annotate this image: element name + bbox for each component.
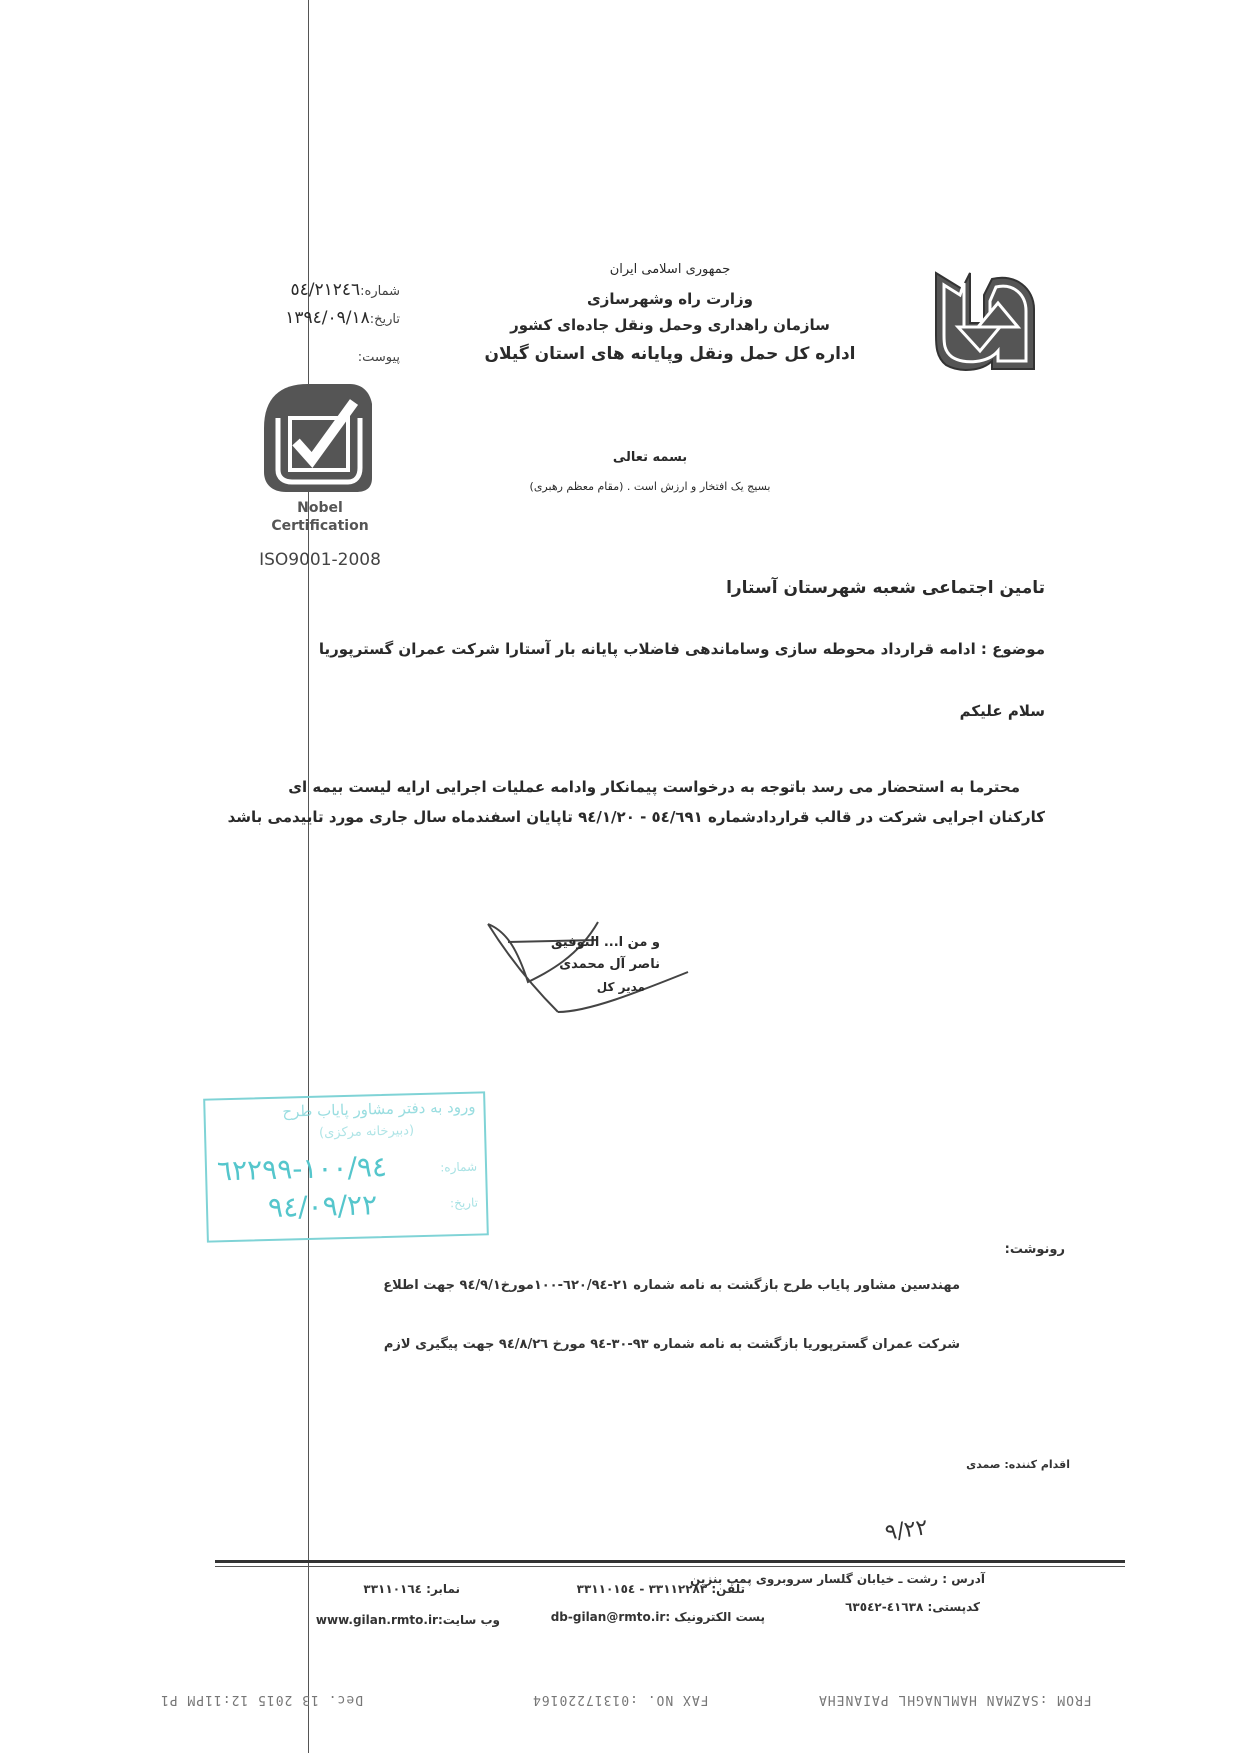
certification-logo-icon	[258, 378, 378, 496]
footer-website: وب سایت:www.gilan.rmto.ir	[316, 1613, 500, 1627]
signature-closing: و من ا... التوفیق	[540, 935, 660, 950]
certification-line-1: Nobel	[250, 500, 390, 516]
letter-number-label: شماره:	[360, 284, 400, 299]
scan-artifact-line	[308, 0, 309, 1753]
stamp-date-value: ٩٤/٠٩/٢٢	[268, 1188, 378, 1224]
signatory-name: ناصر آل محمدی	[540, 957, 660, 972]
footer-fax: نمابر: ٣٣١١٠١٦٤	[363, 1582, 460, 1596]
letter-date-label: تاریخ:	[370, 312, 400, 327]
cc-item-2: شرکت عمران گسترپوریا بازگشت به نامه شمار…	[384, 1337, 960, 1352]
footer-divider-thin	[215, 1566, 1125, 1567]
stamp-line-2: (دبیرخانه مرکزی)	[319, 1123, 414, 1140]
footer-phone: تلفن: ٣٣١١٢٢٨٣ - ٣٣١١٠١٥٤	[577, 1582, 745, 1596]
signatory-title: مدیر کل	[540, 980, 645, 994]
letter-date: تاریخ:١٣٩٤/٠٩/١٨	[240, 308, 400, 328]
header-line-1: جمهوری اسلامی ایران	[470, 262, 870, 277]
received-stamp: ورود به دفتر مشاور پایاب طرح (دبیرخانه م…	[203, 1091, 489, 1242]
letter-attachment: پیوست:	[300, 346, 400, 366]
subject: موضوع : ادامه قرارداد محوطه سازی وساماند…	[319, 640, 1045, 658]
letter-number: شماره:٥٤/٢١٢٤٦	[250, 280, 400, 300]
header-line-2: وزارت راه وشهرسازی	[470, 290, 870, 308]
stamp-date-label: تاریخ:	[450, 1196, 478, 1211]
invocation-title: بسمه تعالی	[500, 450, 800, 465]
iso-standard: ISO9001-2008	[250, 550, 390, 570]
letter-attachment-label: پیوست:	[358, 350, 400, 365]
greeting: سلام علیکم	[960, 702, 1045, 720]
recipient: تامین اجتماعی شعبه شهرستان آستارا	[726, 578, 1045, 598]
footer-postal-code: کدپستی: ٤١٦٣٨-٦٣٥٤٢	[845, 1600, 980, 1614]
stamp-line-1: ورود به دفتر مشاور پایاب طرح	[282, 1098, 476, 1121]
stamp-number-label: شماره:	[440, 1160, 477, 1175]
fax-from: FROM :SAZMAN HAMLNAGHL PAIANEHA	[818, 1692, 1092, 1707]
certification-line-2: Certification	[250, 518, 390, 534]
stamp-number-value: ١٠٠/٩٤-٦٢٢٩٩	[217, 1150, 388, 1187]
road-ministry-logo-icon	[930, 265, 1040, 375]
footer-divider	[215, 1560, 1125, 1563]
body-line-2: کارکنان اجرایی شرکت در قالب قراردادشماره…	[228, 808, 1045, 826]
fax-datetime: Dec. 13 2015 12:11PM P1	[160, 1692, 363, 1707]
footer-email: پست الکترونیک :db-gilan@rmto.ir	[551, 1610, 765, 1624]
action-by: اقدام کننده: صمدی	[966, 1458, 1070, 1471]
header-line-3: سازمان راهداری وحمل ونقل جاده‌ای کشور	[450, 316, 890, 334]
cc-item-1: مهندسین مشاور پایاب طرح بازگشت به نامه ش…	[383, 1278, 960, 1293]
body-line-1: محترما به استحضار می رسد باتوجه به درخوا…	[288, 778, 1020, 796]
cc-label: رونوشت:	[1005, 1242, 1065, 1257]
header-line-4: اداره کل حمل ونقل وپایانه های استان گیلا…	[450, 344, 890, 364]
handwritten-note: ٩/٢٢	[883, 1515, 929, 1546]
letter-number-value: ٥٤/٢١٢٤٦	[291, 280, 361, 300]
fax-number: FAX NO. :01317220164	[532, 1692, 709, 1707]
invocation-quote: بسیج یک افتخار و ارزش است . (مقام معظم ر…	[470, 480, 830, 493]
letter-date-value: ١٣٩٤/٠٩/١٨	[285, 308, 370, 328]
